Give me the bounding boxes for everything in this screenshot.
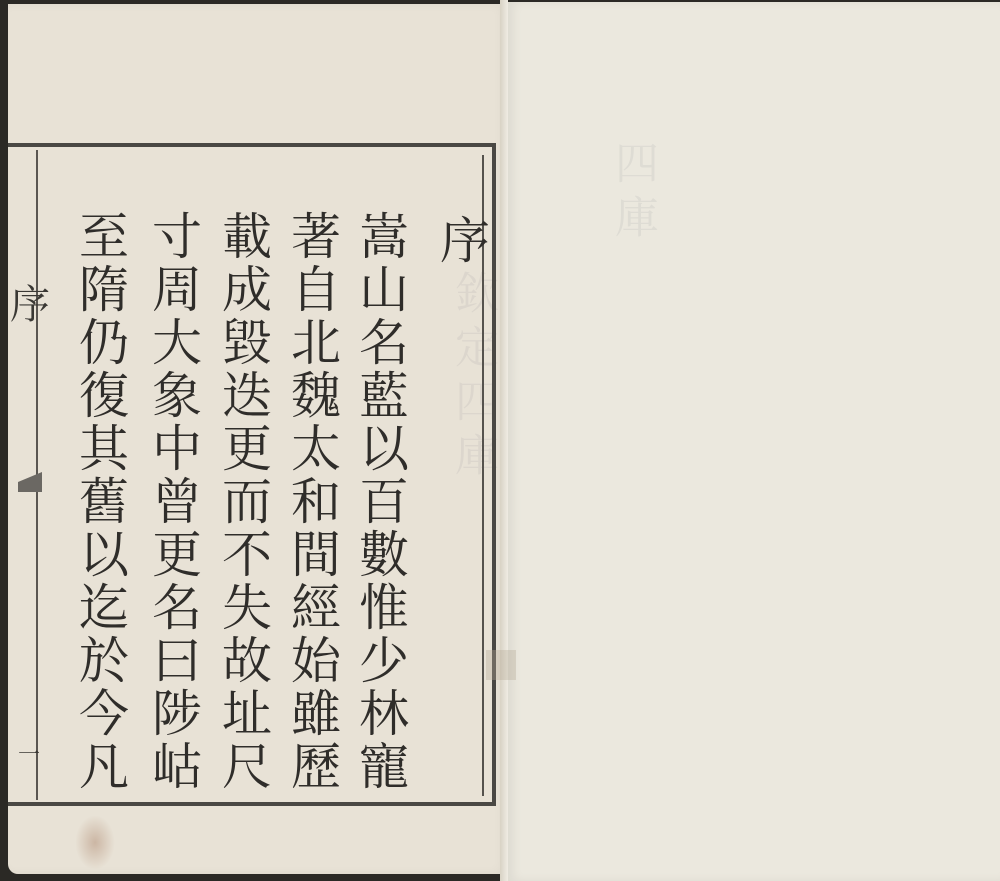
fold-section-label: 序 (10, 285, 50, 325)
binding-tab (486, 650, 516, 680)
page-number: 一 (18, 745, 40, 767)
text-column-1: 嵩山名藍以百數惟少林寵 (350, 210, 410, 793)
section-title: 序 (436, 214, 486, 264)
fish-tail-mark-icon (18, 472, 42, 492)
text-column-4: 寸周大象中曾更名曰陟岵 (143, 210, 203, 793)
right-page-blank (505, 2, 1000, 881)
fold-margin: 序 一 (8, 140, 36, 810)
paper-stain (75, 815, 115, 870)
text-column-2: 著自北魏太和間經始雖歷 (282, 210, 342, 793)
show-through-text: 四庫 (600, 140, 664, 248)
text-column-3: 載成毀迭更而不失故址尺 (213, 210, 273, 793)
text-column-5: 至隋仍復其舊以迄於今凡 (70, 210, 130, 793)
